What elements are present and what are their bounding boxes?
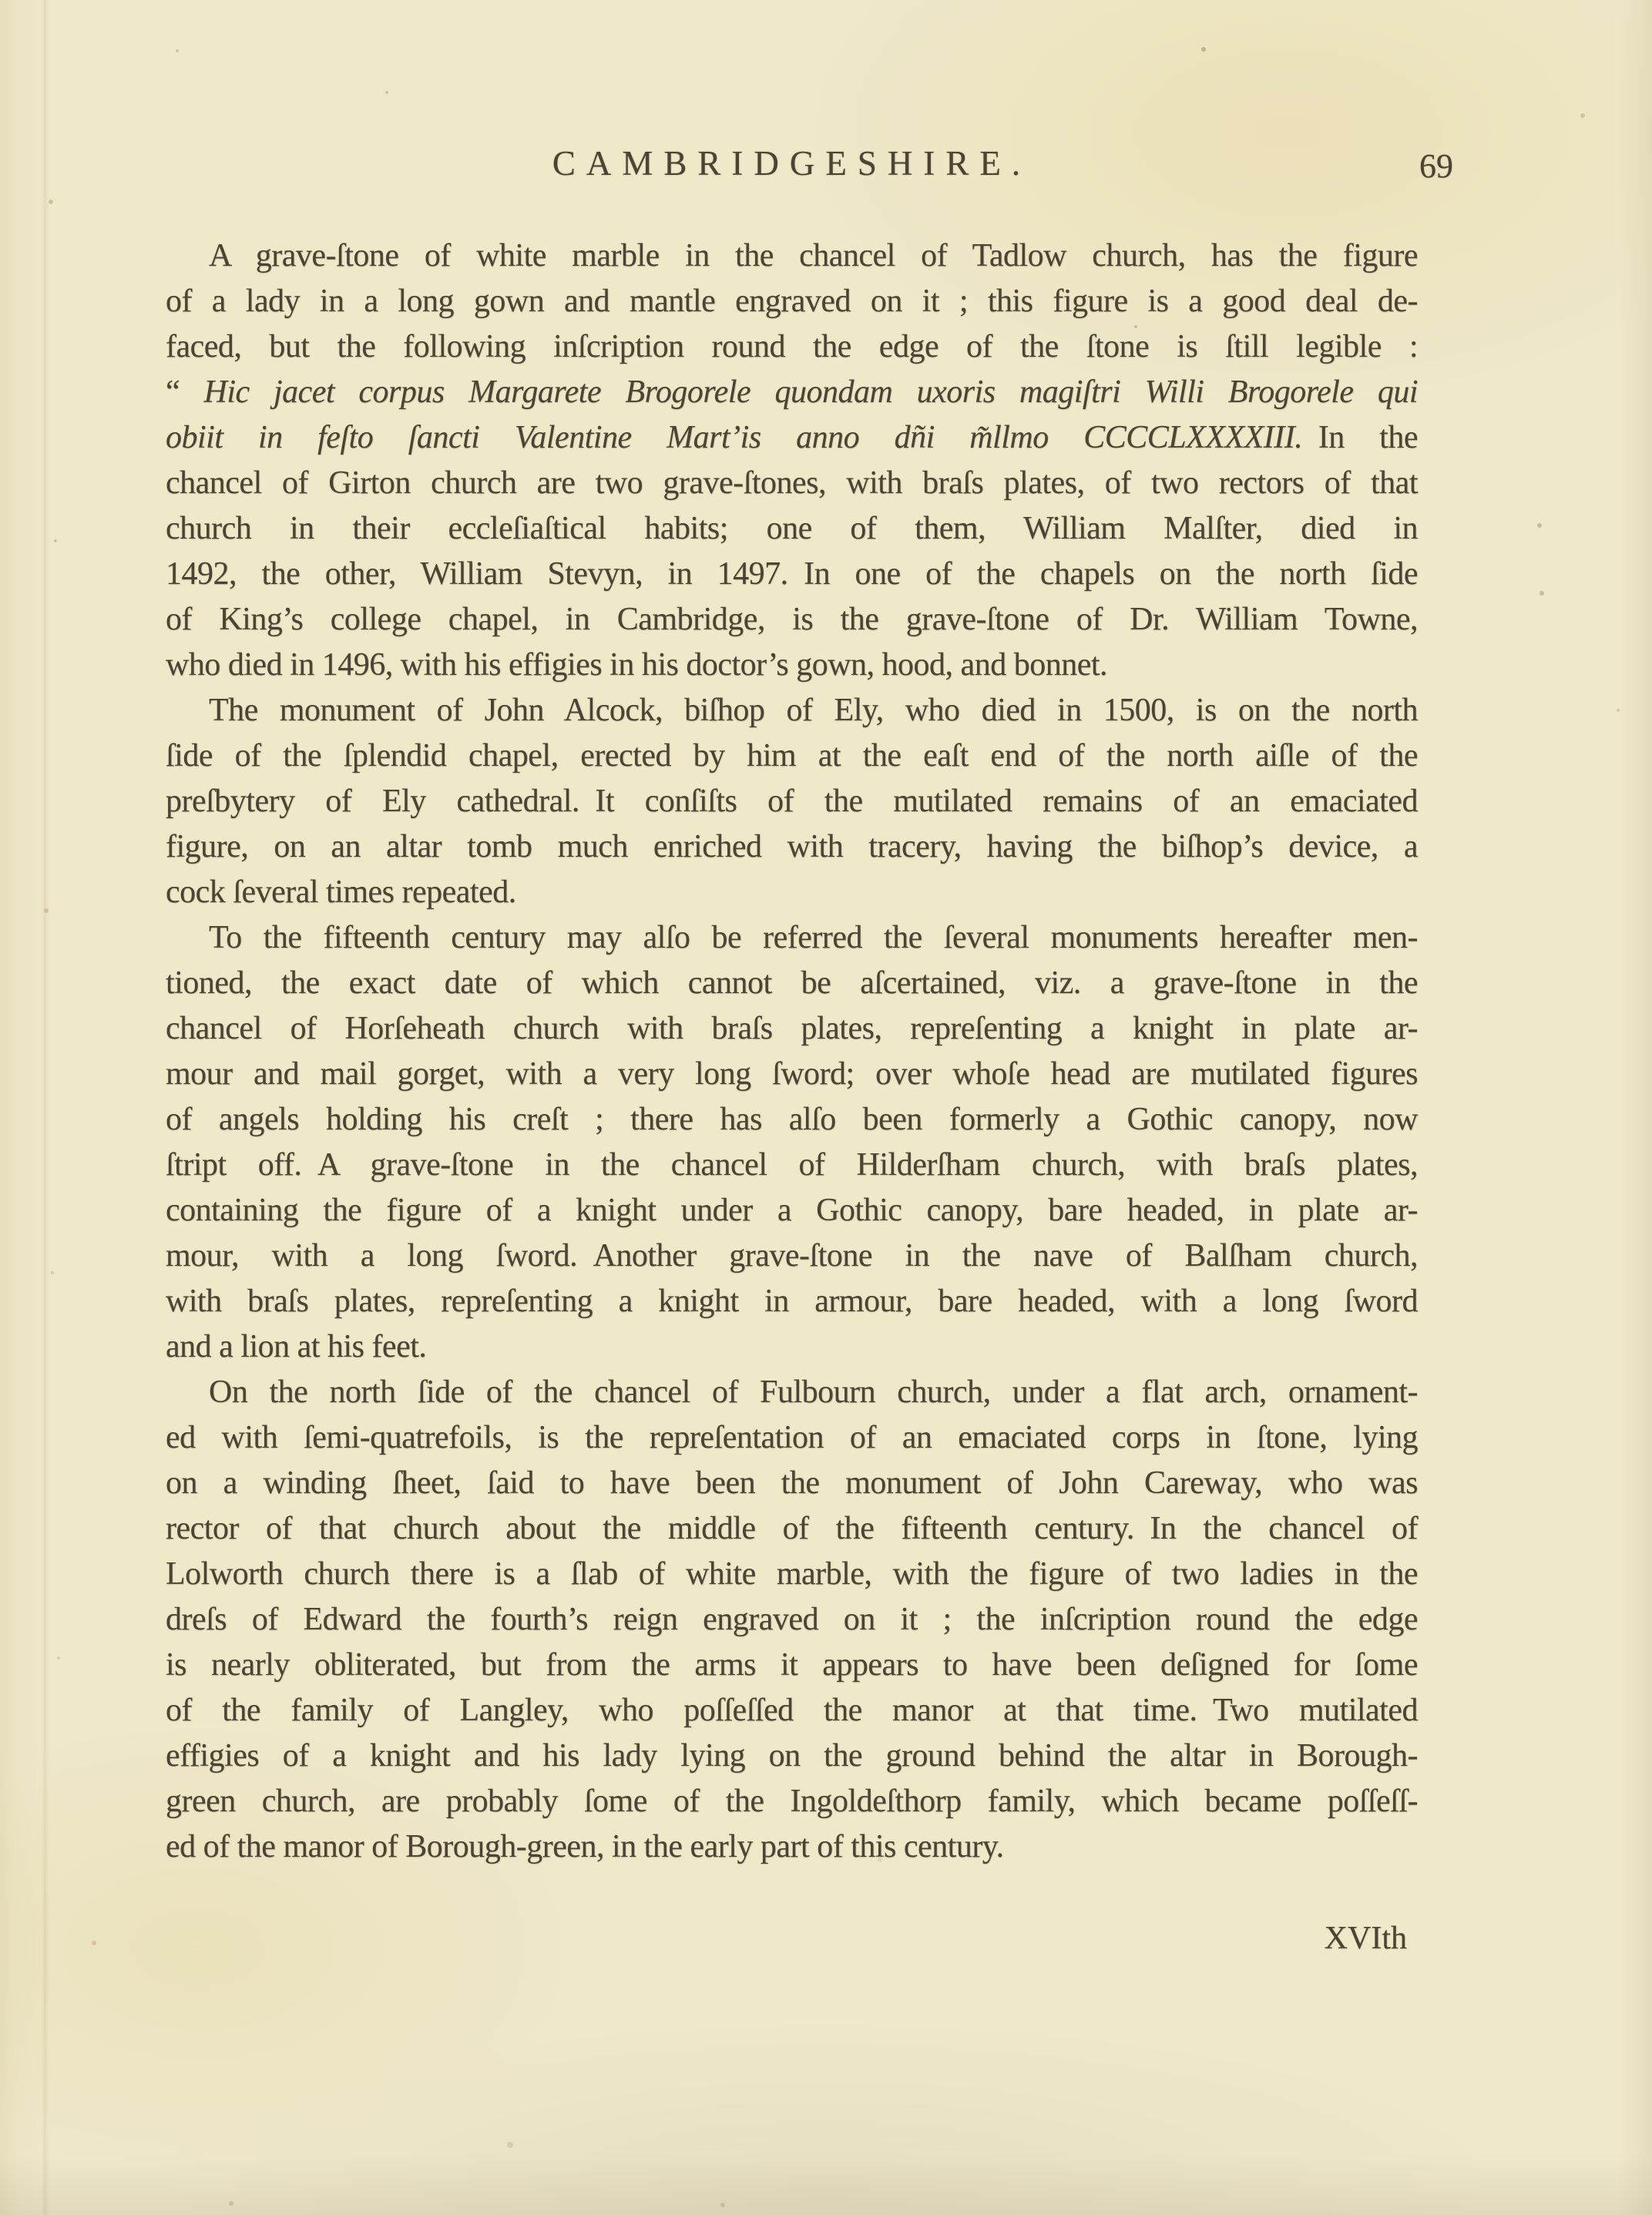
body-text: ed with ſemi-quatrefoils, is the repreſe… — [166, 1420, 1418, 1455]
text-line: preſbytery of Ely cathedral. It conſiſts… — [166, 779, 1418, 824]
body-text: preſbytery of Ely cathedral. It conſiſts… — [166, 784, 1418, 819]
body-text: ſtript off. A grave-ſtone in the chancel… — [166, 1147, 1418, 1183]
body-text: of a lady in a long gown and mantle engr… — [166, 284, 1418, 319]
body-text: To the fifteenth century may alſo be ref… — [209, 920, 1418, 955]
body-text: cock ſeveral times repeated. — [166, 874, 516, 910]
text-line: of angels holding his creſt ; there has … — [166, 1097, 1418, 1143]
text-line: mour, with a long ſword. Another grave-ſ… — [166, 1233, 1418, 1279]
text-line: On the north ſide of the chancel of Fulb… — [166, 1370, 1418, 1415]
body-text: The monument of John Alcock, biſhop of E… — [209, 693, 1418, 728]
body-text: tioned, the exact date of which cannot b… — [166, 965, 1418, 1001]
inscription-italic-text: Hic jacet corpus Margarete Brogorele quo… — [203, 374, 1418, 410]
body-text: “ — [166, 374, 203, 410]
body-text: is nearly obliterated, but from the arms… — [166, 1647, 1418, 1683]
text-line: tioned, the exact date of which cannot b… — [166, 961, 1418, 1006]
text-line: obiit in feſto ſancti Valentine Mart’is … — [166, 415, 1418, 461]
text-line: and a lion at his feet. — [166, 1324, 1418, 1370]
body-text: mour, with a long ſword. Another grave-ſ… — [166, 1238, 1418, 1274]
text-line: ed of the manor of Borough-green, in the… — [166, 1824, 1418, 1870]
body-text: who died in 1496, with his effigies in h… — [166, 647, 1107, 683]
body-text: with braſs plates, repreſenting a knight… — [166, 1284, 1418, 1319]
body-text: In the — [1302, 420, 1418, 455]
catchword: XVIth — [1325, 1921, 1407, 1956]
text-line: green church, are probably ſome of the I… — [166, 1779, 1418, 1824]
body-text: Lolworth church there is a ſlab of white… — [166, 1556, 1418, 1592]
text-line: rector of that church about the middle o… — [166, 1506, 1418, 1552]
text-line: “ Hic jacet corpus Margarete Brogorele q… — [166, 370, 1418, 415]
text-line: Lolworth church there is a ſlab of white… — [166, 1552, 1418, 1597]
text-block: A grave-ſtone of white marble in the cha… — [166, 233, 1418, 1870]
paragraph-1: A grave-ſtone of white marble in the cha… — [166, 233, 1418, 688]
text-line: To the fifteenth century may alſo be ref… — [166, 915, 1418, 961]
text-line: chancel of Girton church are two grave-ſ… — [166, 461, 1418, 506]
body-text: of angels holding his creſt ; there has … — [166, 1102, 1418, 1137]
paragraph-4: On the north ſide of the chancel of Fulb… — [166, 1370, 1418, 1870]
body-text: figure, on an altar tomb much enriched w… — [166, 829, 1418, 864]
paragraph-2: The monument of John Alcock, biſhop of E… — [166, 688, 1418, 915]
body-text: on a winding ſheet, ſaid to have been th… — [166, 1465, 1418, 1501]
text-line: of King’s college chapel, in Cambridge, … — [166, 597, 1418, 643]
body-text: of the family of Langley, who poſſeſſed … — [166, 1693, 1418, 1728]
body-text: mour and mail gorget, with a very long ſ… — [166, 1056, 1418, 1092]
text-line: 1492, the other, William Stevyn, in 1497… — [166, 552, 1418, 597]
body-text: of King’s college chapel, in Cambridge, … — [166, 602, 1418, 637]
body-text: ed of the manor of Borough-green, in the… — [166, 1829, 1004, 1864]
body-text: faced, but the following inſcription rou… — [166, 329, 1418, 364]
book-page: CAMBRIDGESHIRE. 69 A grave-ſtone of whit… — [0, 0, 1652, 2215]
catchword-row: XVIth — [166, 1920, 1418, 1957]
body-text: and a lion at his feet. — [166, 1329, 426, 1364]
body-text: green church, are probably ſome of the I… — [166, 1784, 1418, 1819]
body-text: 1492, the other, William Stevyn, in 1497… — [166, 556, 1418, 592]
page-number: 69 — [1419, 146, 1453, 186]
text-line: ſtript off. A grave-ſtone in the chancel… — [166, 1143, 1418, 1188]
body-text: dreſs of Edward the fourth’s reign engra… — [166, 1602, 1418, 1637]
text-line: containing the figure of a knight under … — [166, 1188, 1418, 1233]
body-text: rector of that church about the middle o… — [166, 1511, 1418, 1546]
body-text: chancel of Girton church are two grave-ſ… — [166, 465, 1418, 501]
inscription-italic-text: obiit in feſto ſancti Valentine Mart’is … — [166, 420, 1302, 455]
paragraph-3: To the fifteenth century may alſo be ref… — [166, 915, 1418, 1370]
text-line: chancel of Horſeheath church with braſs … — [166, 1006, 1418, 1052]
body-text: chancel of Horſeheath church with braſs … — [166, 1011, 1418, 1046]
text-line: on a winding ſheet, ſaid to have been th… — [166, 1461, 1418, 1506]
text-line: mour and mail gorget, with a very long ſ… — [166, 1052, 1418, 1097]
text-line: is nearly obliterated, but from the arms… — [166, 1643, 1418, 1688]
text-line: with braſs plates, repreſenting a knight… — [166, 1279, 1418, 1324]
body-text: containing the figure of a knight under … — [166, 1193, 1418, 1228]
text-line: ſide of the ſplendid chapel, erected by … — [166, 733, 1418, 779]
text-line: church in their eccleſiaſtical habits; o… — [166, 506, 1418, 552]
text-line: figure, on an altar tomb much enriched w… — [166, 824, 1418, 870]
text-line: cock ſeveral times repeated. — [166, 870, 1418, 915]
text-line: ed with ſemi-quatrefoils, is the repreſe… — [166, 1415, 1418, 1461]
text-line: The monument of John Alcock, biſhop of E… — [166, 688, 1418, 733]
body-text: church in their eccleſiaſtical habits; o… — [166, 511, 1418, 546]
text-line: A grave-ſtone of white marble in the cha… — [166, 233, 1418, 279]
body-text: ſide of the ſplendid chapel, erected by … — [166, 738, 1418, 774]
running-title: CAMBRIDGESHIRE. — [166, 143, 1418, 183]
text-line: of a lady in a long gown and mantle engr… — [166, 279, 1418, 324]
text-line: of the family of Langley, who poſſeſſed … — [166, 1688, 1418, 1733]
body-text: A grave-ſtone of white marble in the cha… — [209, 238, 1418, 274]
body-text: effigies of a knight and his lady lying … — [166, 1738, 1418, 1774]
text-line: effigies of a knight and his lady lying … — [166, 1733, 1418, 1779]
text-line: who died in 1496, with his effigies in h… — [166, 643, 1418, 688]
body-text: On the north ſide of the chancel of Fulb… — [209, 1374, 1418, 1410]
text-line: faced, but the following inſcription rou… — [166, 324, 1418, 370]
text-line: dreſs of Edward the fourth’s reign engra… — [166, 1597, 1418, 1643]
page-header: CAMBRIDGESHIRE. 69 — [166, 143, 1418, 190]
